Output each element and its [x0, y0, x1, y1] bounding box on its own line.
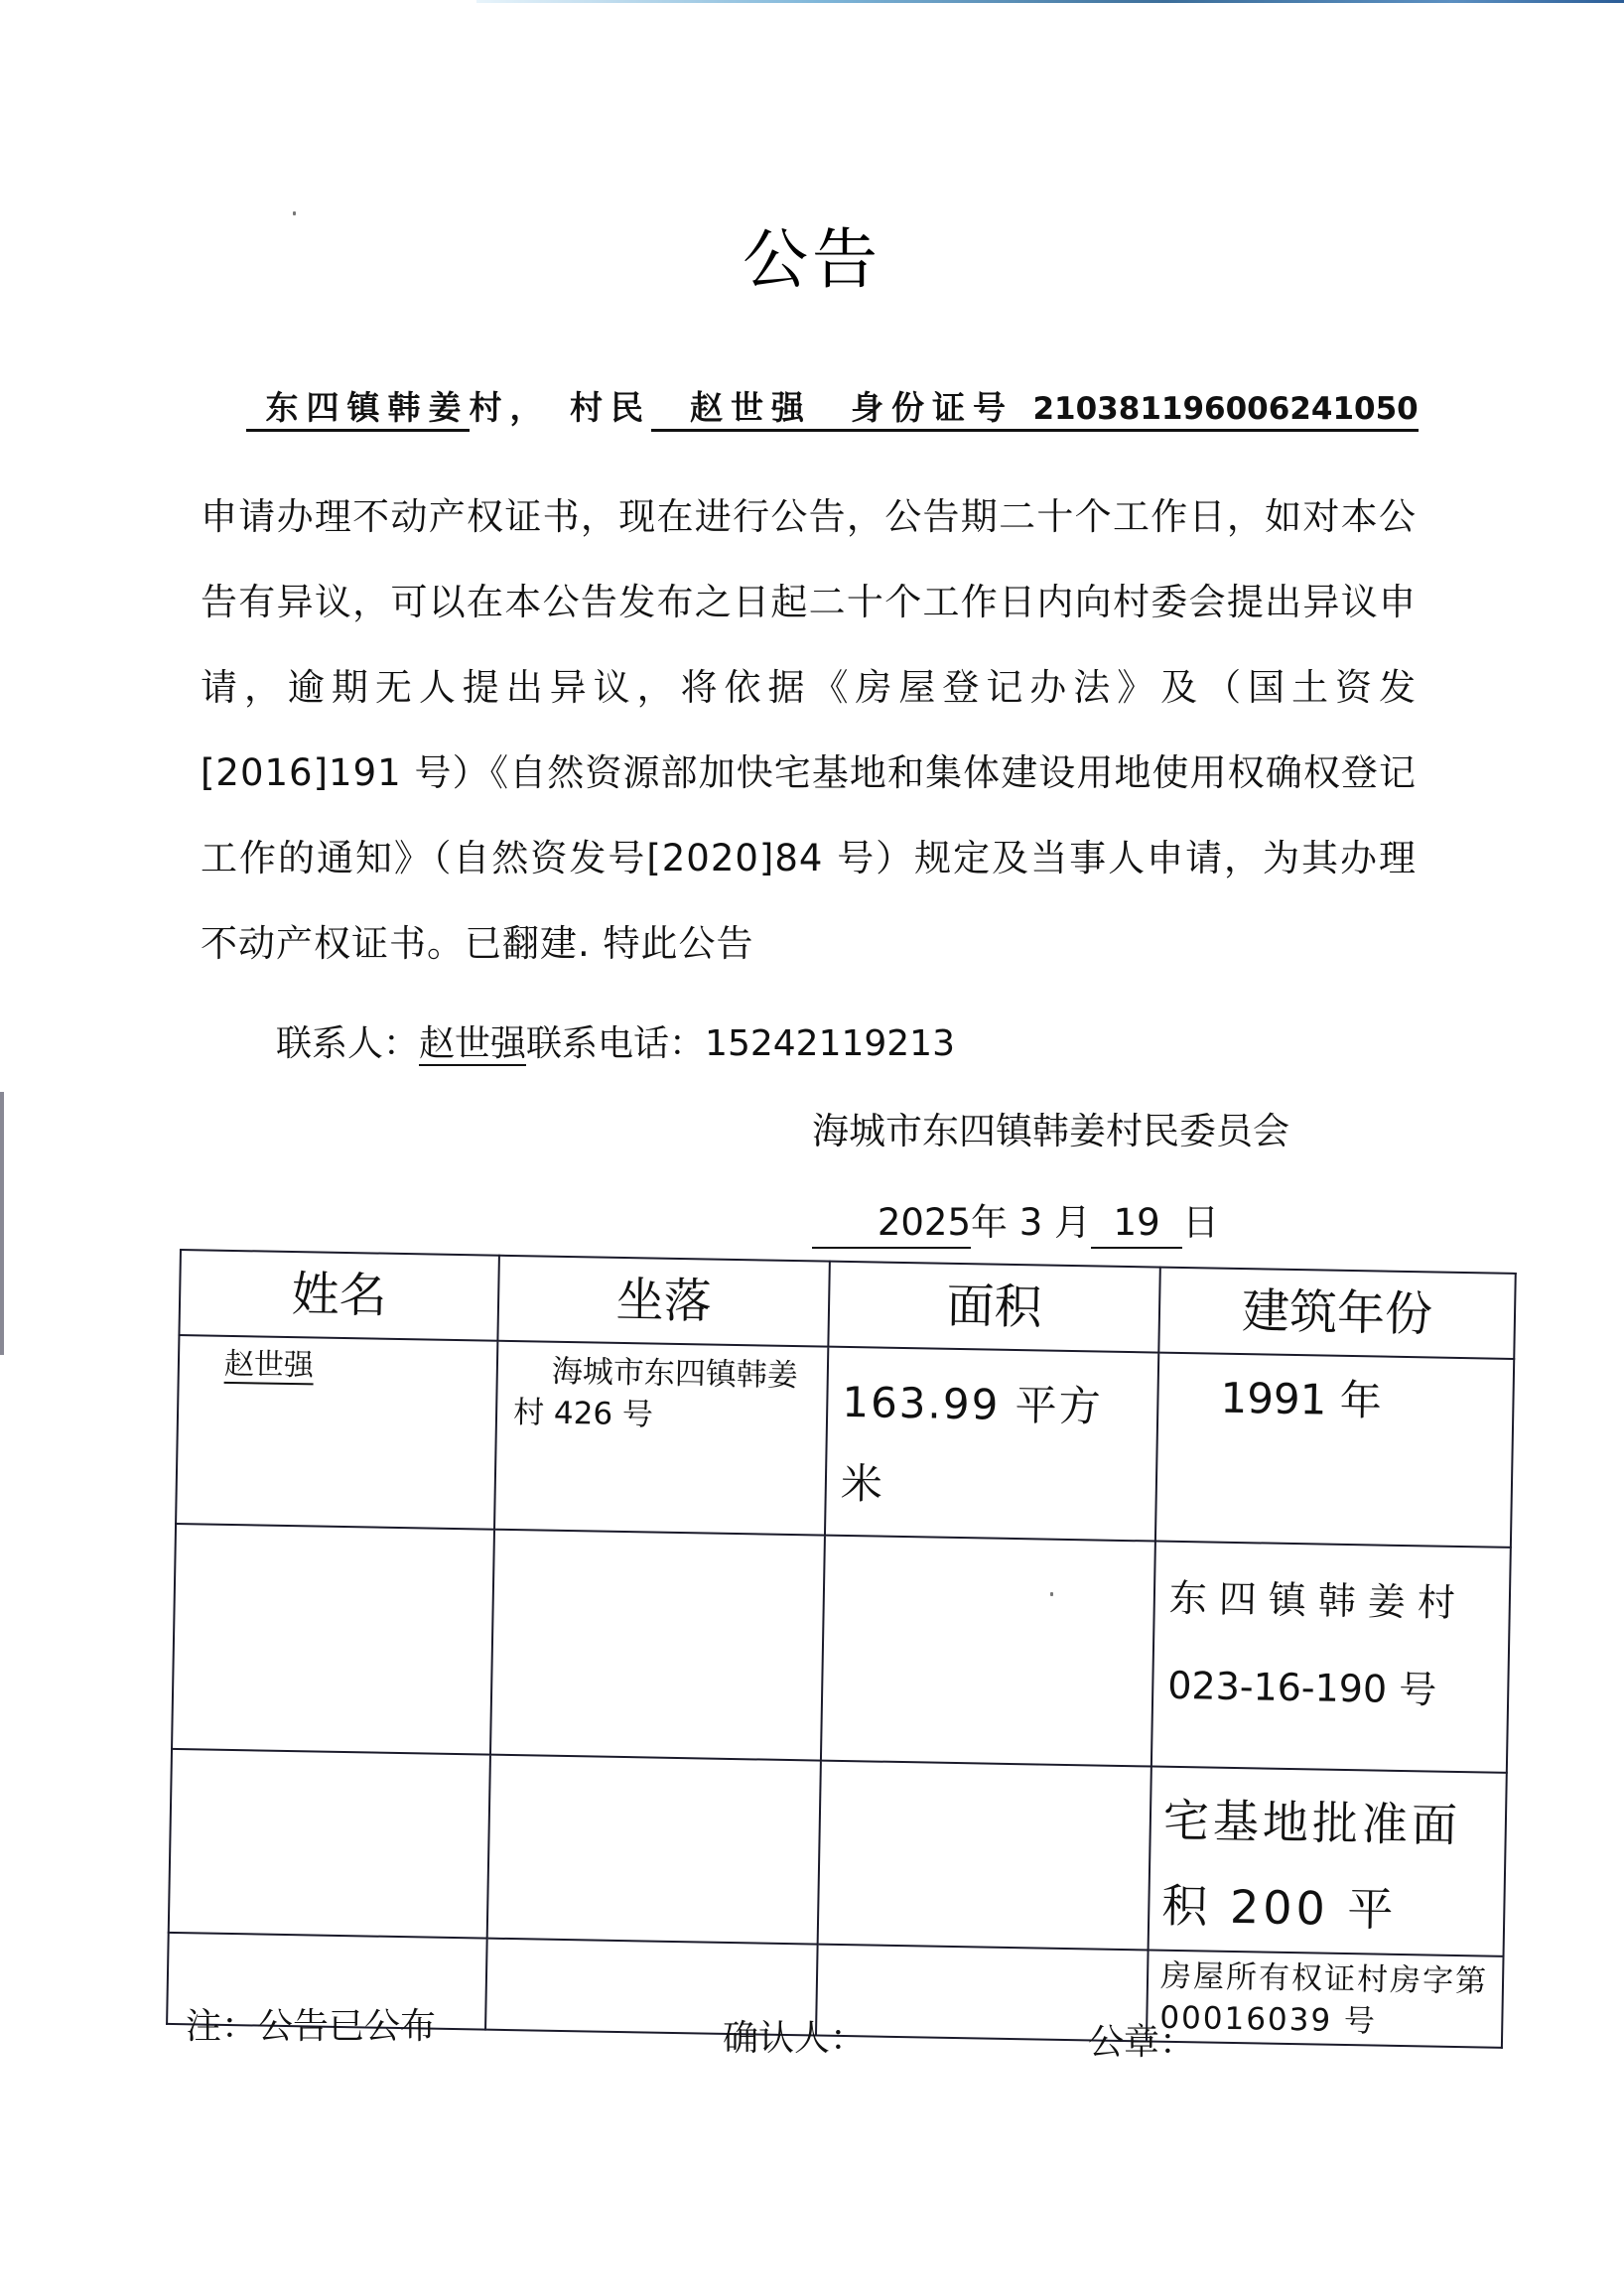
date-day: 19	[1091, 1199, 1182, 1249]
cell-ownership-certificate: 房屋所有权证村房字第 00016039 号	[1147, 1950, 1504, 2047]
table-row: 宅基地批准面积 200 平	[169, 1749, 1507, 1956]
cell-area: 163.99 平方米	[825, 1347, 1158, 1542]
village-suffix: 村，	[470, 388, 551, 427]
cell-name: 赵世强	[176, 1335, 497, 1530]
page-title: 公告	[0, 220, 1624, 300]
cell-name	[169, 1749, 490, 1939]
header-area: 面积	[828, 1262, 1159, 1353]
cell-area	[821, 1536, 1155, 1767]
cell-name	[172, 1524, 494, 1755]
contact-line: 联系人：赵世强联系电话：15242119213	[276, 1020, 955, 1068]
scan-edge-artifact	[476, 0, 1624, 3]
contact-phone-label: 联系电话：	[526, 1023, 705, 1064]
date-day-unit: 日	[1182, 1201, 1219, 1244]
resident-label: 村民	[570, 388, 651, 427]
owner-name: 赵世强	[224, 1347, 315, 1386]
scan-speck	[293, 211, 296, 215]
village-name: 东四镇韩姜	[246, 388, 470, 432]
date-month-unit: 月	[1054, 1201, 1091, 1244]
table-row: 东四镇韩姜村023-16-190 号	[172, 1524, 1511, 1773]
cell-location	[487, 1755, 821, 1945]
resident-name: 赵世强	[690, 388, 812, 427]
header-build-year: 建筑年份	[1158, 1268, 1515, 1359]
cell-homestead-number: 东四镇韩姜村023-16-190 号	[1151, 1542, 1511, 1773]
header-location: 坐落	[497, 1256, 829, 1347]
cell-location: 海城市东四镇韩姜村 426 号	[494, 1341, 828, 1536]
contact-phone: 15242119213	[705, 1023, 955, 1064]
id-label: 身份证号	[851, 388, 1014, 427]
cell-area	[818, 1761, 1151, 1951]
confirmer-label: 确认人：	[723, 2015, 866, 2063]
cell-location	[490, 1530, 825, 1761]
homestead-village: 东四镇韩姜村	[1169, 1576, 1468, 1625]
intro-line: 东四镇韩姜村， 村民 赵世强 身份证号 210381196006241050	[246, 384, 1419, 433]
date-year: 2025	[812, 1199, 971, 1249]
table-row: 赵世强 海城市东四镇韩姜村 426 号 163.99 平方米 1991 年	[176, 1335, 1514, 1548]
resident-underline: 赵世强 身份证号 210381196006241050	[651, 388, 1419, 432]
id-number: 210381196006241050	[1032, 391, 1418, 427]
homestead-code: 023-16-190 号	[1167, 1664, 1437, 1712]
announcement-body: 申请办理不动产权证书，现在进行公告，公告期二十个工作日，如对本公告有异议，可以在…	[201, 474, 1417, 987]
contact-person-name: 赵世强	[419, 1023, 526, 1066]
property-table: 姓名 坐落 面积 建筑年份 赵世强 海城市东四镇韩姜村 426 号 163.99…	[166, 1249, 1515, 2049]
village-prefix: 东四镇韩姜	[266, 388, 470, 427]
date-month: 3	[1019, 1201, 1043, 1244]
issue-date: 2025年 3 月19日	[812, 1199, 1219, 1249]
cell-build-year: 1991 年	[1155, 1353, 1514, 1548]
scan-edge-artifact	[0, 1092, 4, 1355]
footer-note: 注：公告已公布	[186, 2003, 436, 2051]
header-name: 姓名	[179, 1250, 498, 1341]
cell-approved-area: 宅基地批准面积 200 平	[1149, 1767, 1507, 1956]
seal-label: 公章：	[1088, 2019, 1195, 2067]
issuing-committee: 海城市东四镇韩姜村民委员会	[812, 1108, 1289, 1155]
date-year-unit: 年	[971, 1201, 1008, 1244]
contact-person-label: 联系人：	[276, 1023, 419, 1064]
